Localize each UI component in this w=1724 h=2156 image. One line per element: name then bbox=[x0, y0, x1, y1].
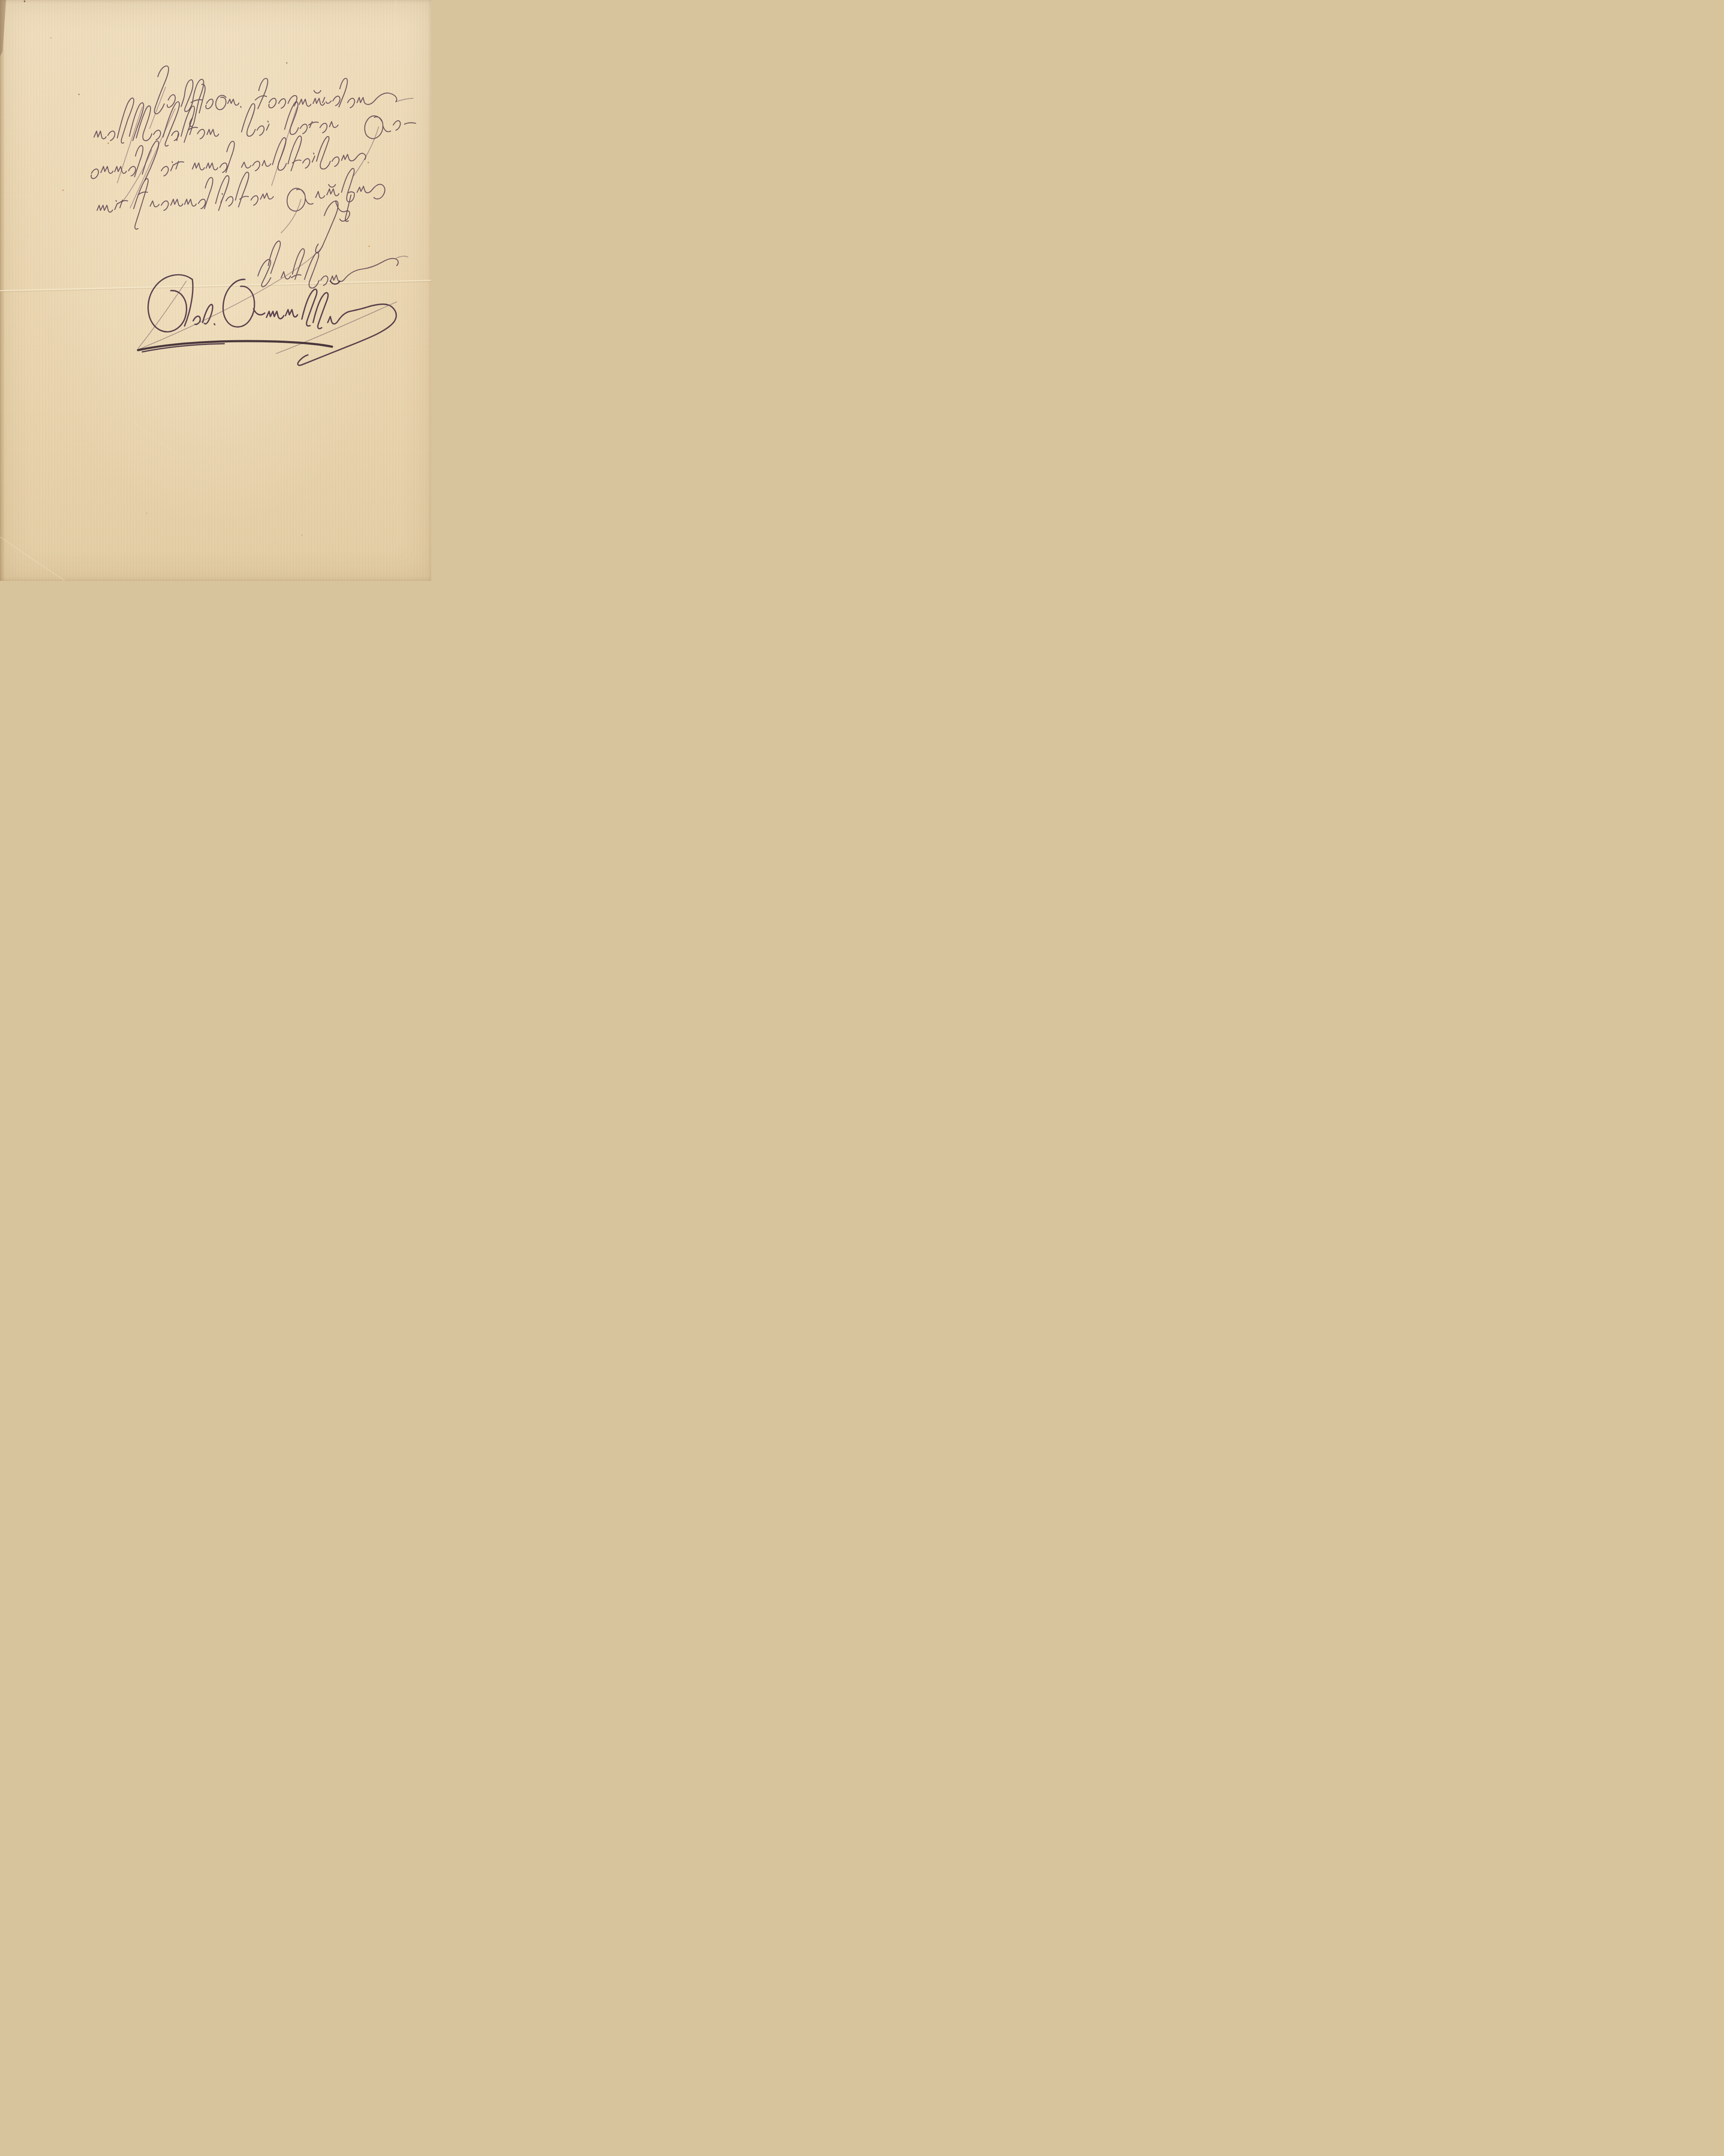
handwritten-line-4 bbox=[97, 169, 385, 233]
signature-flourish-crossing bbox=[276, 302, 397, 354]
fold-crease bbox=[0, 0, 431, 581]
handwriting-svg bbox=[0, 0, 431, 581]
letter-page: Ich hoffe Ew. Hochwürden wohlbehalten be… bbox=[0, 0, 431, 581]
handwritten-line-5 bbox=[316, 201, 350, 253]
handwritten-line-3 bbox=[91, 136, 366, 203]
signature-flourish-lead-in bbox=[139, 247, 323, 349]
handwritten-line-1 bbox=[150, 66, 413, 128]
signature-underline bbox=[138, 341, 332, 352]
signature bbox=[138, 247, 397, 365]
edge-shadow-top-left bbox=[0, 0, 6, 56]
signature-flourish-descender bbox=[298, 304, 396, 365]
